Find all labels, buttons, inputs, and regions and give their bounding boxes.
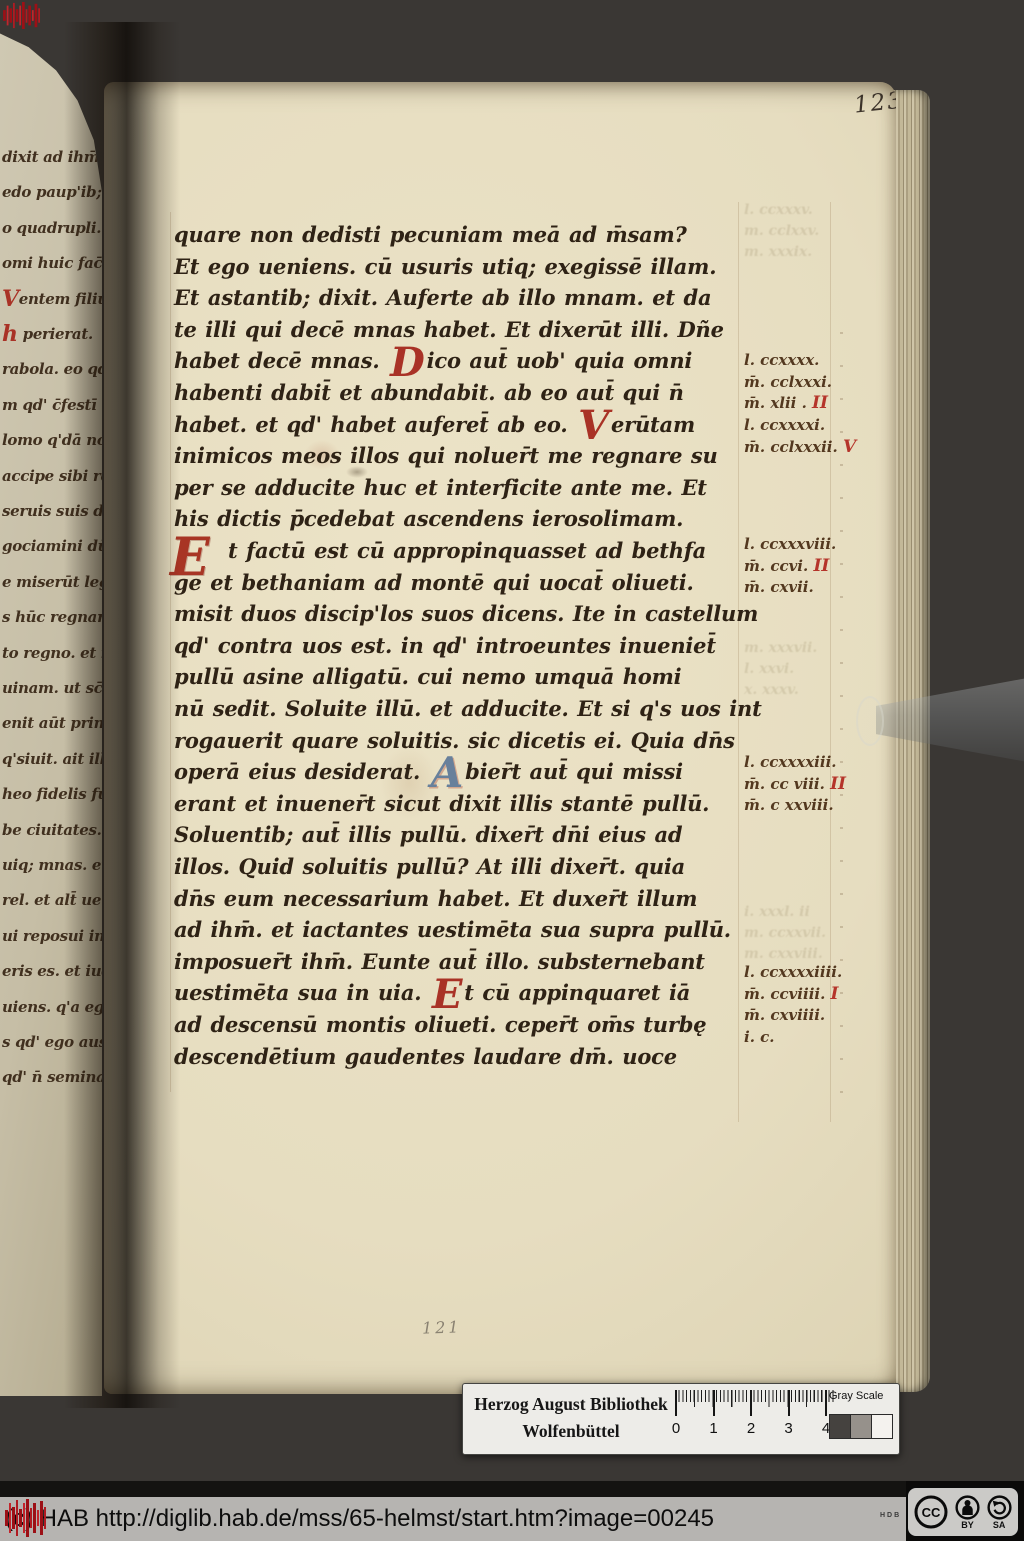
- ruler-tick-label: 3: [778, 1420, 800, 1437]
- text-segment: m̄. ccvi.: [744, 557, 813, 575]
- left-page-text-line: accipe sibi reḡ: [2, 467, 102, 485]
- text-segment: habet decē mnas.: [174, 348, 388, 373]
- share-alike-arrow-icon: [986, 1494, 1013, 1521]
- left-page-text-line: qd' n̄ seminaui: [2, 1068, 102, 1086]
- text-segment: uiens. q'a ego ho: [2, 998, 102, 1016]
- left-page-sliver: dixit ad ihm̄edo paup'ib;o quadrupli. ao…: [0, 28, 102, 1396]
- digitized-manuscript-scan: dixit ad ihm̄edo paup'ib;o quadrupli. ao…: [0, 0, 1024, 1541]
- canon-note-row: m̄. cclxxxii. V: [744, 437, 856, 459]
- left-page-text-line: rel. et alt̄ uenī: [2, 891, 102, 909]
- manuscript-text-line: misit duos discip'los suos dicens. Ite i…: [174, 601, 758, 626]
- left-page-text-line: Ventem filius: [2, 290, 102, 308]
- text-segment: Et astantib; dixit. Auferte ab illo mnam…: [174, 285, 711, 310]
- left-page-text-line: eris es. et iudico: [2, 962, 102, 980]
- text-segment: ico aut̄ uob' quia omni: [427, 348, 693, 373]
- text-segment: pullū asine alligatū. cui nemo umquā hom…: [174, 664, 681, 689]
- rubric-initial: V: [578, 402, 609, 449]
- library-name-line2: Wolfenbüttel: [469, 1418, 673, 1445]
- text-segment: l. ccxxxxiiii.: [744, 963, 842, 981]
- ruler-major-tick: [750, 1390, 752, 1416]
- left-page-text-line: dixit ad ihm̄: [2, 148, 99, 166]
- left-page-text-line: lomo q'dā nob': [2, 431, 102, 449]
- left-page-text-line: ui reposui insu: [2, 927, 102, 945]
- text-segment: m̄. cclxxxi.: [744, 373, 832, 391]
- text-segment: erūtam: [611, 412, 695, 437]
- text-segment: edo paup'ib;: [2, 183, 102, 201]
- text-segment: t factū est cū appropinquasset ad bethfa: [228, 538, 706, 563]
- left-page-text-line: e miserūt leḡo: [2, 573, 102, 591]
- canon-note-group: l. ccxxxxi.m̄. cclxxxii. V: [744, 415, 856, 458]
- text-segment: s qd' ego auster̄: [2, 1033, 102, 1051]
- rubric-initial: h: [2, 321, 18, 347]
- manuscript-text-line: operā eius desiderat. Abier̄t aut̄ qui m…: [174, 759, 683, 784]
- rubric-initial: II: [813, 556, 829, 576]
- cc-license-badge: CC BY SA: [906, 1486, 1020, 1538]
- text-segment: e miserūt leḡo: [2, 573, 102, 591]
- text-segment: eris es. et iudico: [2, 962, 102, 980]
- canon-note-row: m̄. xlii . II: [744, 393, 832, 415]
- text-segment: l. ccxxxx.: [744, 351, 819, 369]
- canon-note-row: m̄. cclxxxi.: [744, 372, 832, 394]
- text-segment: omi huic fac̄a: [2, 254, 102, 272]
- text-segment: accipe sibi reḡ: [2, 467, 102, 485]
- canon-note-row: m̄. cxviiii.: [744, 1005, 842, 1027]
- manuscript-text-line: nū sedit. Soluite illū. et adducite. Et …: [174, 696, 762, 721]
- canon-note-group: l. ccxxxviii.m̄. ccvi. IIm̄. cxvii.: [744, 534, 836, 599]
- text-segment: uestimēta sua in uia.: [174, 980, 430, 1005]
- footer-dark-band: [0, 1481, 1024, 1497]
- library-name: Herzog August Bibliothek Wolfenbüttel: [469, 1391, 673, 1445]
- manuscript-text-line: ad descensū montis oliueti. ceper̄t om̄s…: [174, 1012, 706, 1037]
- canon-note-row: l. ccxxxxiiii.: [744, 962, 842, 984]
- text-segment: l. ccxxxviii.: [744, 535, 836, 553]
- text-segment: m̄. ccviiii.: [744, 985, 831, 1003]
- left-page-text-line: o quadrupli. a: [2, 219, 102, 237]
- canon-note-row: m̄. ccviiii. I: [744, 984, 842, 1006]
- canon-note-row: l. ccxxxx.: [744, 350, 832, 372]
- left-page-text-line: h perierat.: [2, 325, 93, 343]
- text-segment: te illi qui decē mnas habet. Et dixerūt …: [174, 317, 724, 342]
- text-segment: uiq; mnas. et h̄c: [2, 856, 102, 874]
- svg-text:CC: CC: [922, 1505, 941, 1520]
- ruling-line: [170, 212, 171, 1092]
- manuscript-text-line: his dictis p̄cedebat ascendens ierosolim…: [174, 506, 683, 531]
- text-segment: Soluentib; aut̄ illis pullū. dixer̄t dn̄…: [174, 822, 682, 847]
- ghost-text-row: m. cclxxv.: [744, 221, 819, 242]
- text-segment: dn̄s eum necessarium habet. Et duxer̄t i…: [174, 886, 697, 911]
- manuscript-text-line: Et ego ueniens. cū usuris utiq; exegissē…: [174, 254, 716, 279]
- manuscript-text-line: dn̄s eum necessarium habet. Et duxer̄t i…: [174, 886, 697, 911]
- text-segment: seruis suis dec̄: [2, 502, 102, 520]
- text-segment: m̄. c xxviii.: [744, 796, 834, 814]
- ruler-tick-label: 1: [703, 1420, 725, 1437]
- manuscript-text-line: uestimēta sua in uia. Et cū appinquaret …: [174, 980, 690, 1005]
- gray-scale-swatches: [829, 1414, 892, 1439]
- manuscript-text-line: Soluentib; aut̄ illis pullū. dixer̄t dn̄…: [174, 822, 682, 847]
- text-segment: l. ccxxxxi.: [744, 416, 825, 434]
- text-segment: l. ccxxxxiii.: [744, 753, 837, 771]
- ghost-text-row: x. xxxv.: [744, 680, 817, 701]
- text-segment: i. c.: [744, 1028, 775, 1046]
- caption-strip: (c) HAB http://diglib.hab.de/mss/65-helm…: [0, 1497, 906, 1541]
- manuscript-text-line: qd' contra uos est. in qd' introeuntes i…: [174, 633, 716, 658]
- library-name-line1: Herzog August Bibliothek: [469, 1391, 673, 1418]
- copyright-url-text: (c) HAB http://diglib.hab.de/mss/65-helm…: [5, 1497, 714, 1541]
- text-segment: heo fidelis fuis̄: [2, 785, 102, 803]
- text-segment: ui reposui insu: [2, 927, 102, 945]
- text-segment: nū sedit. Soluite illū. et adducite. Et …: [174, 696, 762, 721]
- left-page-text-line: to regno. et iuss̄: [2, 644, 102, 662]
- ruler-mid-ticks: [675, 1390, 835, 1407]
- left-page-text-line: seruis suis dec̄: [2, 502, 102, 520]
- left-page-text-line: m qd' c̄festī: [2, 396, 97, 414]
- text-segment: descendētium gaudentes laudare dm̄. uoce: [174, 1044, 677, 1069]
- ghost-text-group: l. ccxxxv.m. cclxxv.m. xxxix.: [744, 200, 819, 263]
- cc-by: BY: [954, 1494, 981, 1530]
- left-page-text-line: gociamini dū: [2, 537, 102, 555]
- ghost-text-row: m. cxxviii.: [744, 944, 826, 965]
- text-segment: m̄. cclxxxii.: [744, 438, 843, 456]
- text-segment: operā eius desiderat.: [174, 759, 429, 784]
- ghost-text-row: m. xxxvii.: [744, 638, 817, 659]
- left-page-text-line: be ciuitates. et: [2, 821, 102, 839]
- manuscript-text-line: ge et bethaniam ad montē qui uocat̄ oliu…: [174, 570, 694, 595]
- ghost-text-row: l. xxvi.: [744, 659, 817, 680]
- gray-scale-patch: Gray Scale: [829, 1390, 895, 1402]
- ruler-major-tick: [788, 1390, 790, 1416]
- manuscript-text-line: erant et inuener̄t sicut dixit illis sta…: [174, 791, 709, 816]
- canon-note-group: l. ccxxxxiiii.m̄. ccviiii. Im̄. cxviiii.…: [744, 962, 842, 1048]
- manuscript-text-line: per se adducite huc et interficite ante …: [174, 475, 707, 500]
- canon-note-row: m̄. ccvi. II: [744, 556, 836, 578]
- canon-note-group: l. ccxxxx.m̄. cclxxxi.m̄. xlii . II: [744, 350, 832, 415]
- ghost-text-row: m. xxxix.: [744, 242, 819, 263]
- canon-note-row: l. ccxxxxi.: [744, 415, 856, 437]
- cc-sa: SA: [986, 1494, 1013, 1530]
- cc-logo: CC: [913, 1494, 949, 1530]
- pencil-folio-number: 121: [422, 1317, 462, 1337]
- left-page-text-line: s qd' ego auster̄: [2, 1033, 102, 1051]
- calibration-scale-bar: Herzog August Bibliothek Wolfenbüttel 01…: [462, 1383, 900, 1455]
- text-segment: ge et bethaniam ad montē qui uocat̄ oliu…: [174, 570, 694, 595]
- manuscript-text-line: illos. Quid soluitis pullū? At illi dixe…: [174, 854, 685, 879]
- text-segment: rel. et alt̄ uenī: [2, 891, 102, 909]
- text-segment: Et ego ueniens. cū usuris utiq; exegissē…: [174, 254, 716, 279]
- strip-side-label: HDB: [880, 1512, 901, 1519]
- text-segment: ad descensū montis oliueti. ceper̄t om̄s…: [174, 1012, 706, 1037]
- rubric-initial: A: [431, 748, 463, 797]
- text-segment: misit duos discip'los suos dicens. Ite i…: [174, 601, 758, 626]
- left-page-text-line: heo fidelis fuis̄: [2, 785, 102, 803]
- registration-mark-icon: [2, 2, 42, 29]
- text-segment: gociamini dū: [2, 537, 102, 555]
- text-segment: lomo q'dā nob': [2, 431, 102, 449]
- text-segment: qd' n̄ seminaui: [2, 1068, 102, 1086]
- text-segment: to regno. et iuss̄: [2, 644, 102, 662]
- text-segment: his dictis p̄cedebat ascendens ierosolim…: [174, 506, 683, 531]
- text-segment: o quadrupli. a: [2, 219, 102, 237]
- gray-scale-swatch: [829, 1414, 851, 1439]
- text-segment: enit aūt prim': [2, 714, 102, 732]
- manuscript-text-line: habet decē mnas. Dico aut̄ uob' quia omn…: [174, 348, 692, 373]
- gray-scale-label: Gray Scale: [829, 1390, 895, 1402]
- ruler-major-tick: [675, 1390, 677, 1416]
- text-segment: erant et inuener̄t sicut dixit illis sta…: [174, 791, 709, 816]
- text-segment: ad ihm̄. et iactantes uestimēta sua supr…: [174, 917, 731, 942]
- left-page-text-line: uinam. ut sc̄ret: [2, 679, 102, 697]
- text-segment: perierat.: [18, 325, 93, 343]
- text-segment: bier̄t aut̄ qui missi: [465, 759, 683, 784]
- rubric-initial: D: [390, 339, 425, 386]
- canon-note-row: l. ccxxxviii.: [744, 534, 836, 556]
- registration-mark-icon: [2, 1498, 50, 1538]
- text-segment: t cū appinquaret iā: [464, 980, 690, 1005]
- rubric-initial: II: [812, 393, 828, 413]
- text-segment: m̄. xlii .: [744, 394, 812, 412]
- manuscript-text-line: descendētium gaudentes laudare dm̄. uoce: [174, 1044, 677, 1069]
- text-segment: m̄. cc viii.: [744, 775, 830, 793]
- left-page-text-line: rabola. eo qd': [2, 360, 102, 378]
- rubric-initial: E: [432, 971, 462, 1018]
- text-segment: rabola. eo qd': [2, 360, 102, 378]
- manuscript-text-line: ad ihm̄. et iactantes uestimēta sua supr…: [174, 917, 731, 942]
- text-segment: entem filius: [19, 290, 102, 308]
- text-segment: s hūc regnare: [2, 608, 102, 626]
- left-page-text-line: uiq; mnas. et h̄c: [2, 856, 102, 874]
- text-segment: quare non dedisti pecuniam meā ad m̄sam?: [174, 222, 687, 247]
- cc-sa-label: SA: [993, 1521, 1006, 1530]
- attribution-person-icon: [954, 1494, 981, 1521]
- text-segment: m̄. cxviiii.: [744, 1006, 825, 1024]
- text-segment: illos. Quid soluitis pullū? At illi dixe…: [174, 854, 685, 879]
- canon-note-row: m̄. cc viii. II: [744, 774, 846, 796]
- text-segment: be ciuitates. et: [2, 821, 102, 839]
- manuscript-text-line: t factū est cū appropinquasset ad bethfa: [228, 538, 706, 563]
- left-page-text-line: uiens. q'a ego ho: [2, 998, 102, 1016]
- gray-scale-swatch: [850, 1414, 872, 1439]
- text-segment: m qd' c̄festī: [2, 396, 97, 414]
- manuscript-text-block: quare non dedisti pecuniam meā ad m̄sam?…: [174, 222, 780, 1102]
- cc-logo-icon: CC: [913, 1494, 949, 1530]
- page-holder-clip: [856, 696, 884, 746]
- canon-note-row: l. ccxxxxiii.: [744, 752, 846, 774]
- right-page: 123 quare non dedisti pecuniam meā ad m̄…: [104, 82, 896, 1394]
- cc-by-label: BY: [961, 1521, 974, 1530]
- rubric-initial: II: [830, 774, 846, 794]
- canon-note-row: m̄. cxvii.: [744, 577, 836, 599]
- rubric-initial: I: [831, 984, 839, 1004]
- ghost-text-row: m. ccxxvii.: [744, 923, 826, 944]
- text-segment: habet. et qd' habet auferet̄ ab eo.: [174, 412, 576, 437]
- manuscript-text-line: Et astantib; dixit. Auferte ab illo mnam…: [174, 285, 711, 310]
- cm-ruler: 01234: [675, 1390, 843, 1448]
- canon-note-group: l. ccxxxxiii.m̄. cc viii. IIm̄. c xxviii…: [744, 752, 846, 817]
- manuscript-text-line: pullū asine alligatū. cui nemo umquā hom…: [174, 664, 681, 689]
- ghost-text-group: m. xxxvii.l. xxvi.x. xxxv.: [744, 638, 817, 701]
- text-segment: qd' contra uos est. in qd' introeuntes i…: [174, 633, 716, 658]
- ruler-tick-label: 0: [665, 1420, 687, 1437]
- text-segment: q'siuit. ait illi: [2, 750, 102, 768]
- manuscript-text-line: inimicos meos illos qui noluer̄t me regn…: [174, 443, 718, 468]
- ghost-text-row: l. ccxxxv.: [744, 200, 819, 221]
- ghost-text-row: i. xxxl. ii: [744, 902, 826, 923]
- left-page-text-line: s hūc regnare: [2, 608, 102, 626]
- ruler-major-tick: [825, 1390, 827, 1416]
- left-page-text-line: q'siuit. ait illi: [2, 750, 102, 768]
- ruler-major-tick: [713, 1390, 715, 1416]
- canon-note-row: m̄. c xxviii.: [744, 795, 846, 817]
- canon-note-row: i. c.: [744, 1027, 842, 1049]
- ghost-text-group: i. xxxl. iim. ccxxvii.m. cxxviii.: [744, 902, 826, 965]
- text-segment: per se adducite huc et interficite ante …: [174, 475, 707, 500]
- left-page-text-line: edo paup'ib;: [2, 183, 102, 201]
- rubric-initial: V: [2, 286, 19, 312]
- gray-scale-swatch: [871, 1414, 893, 1439]
- manuscript-text-line: quare non dedisti pecuniam meā ad m̄sam?: [174, 222, 687, 247]
- manuscript-text-line: te illi qui decē mnas habet. Et dixerūt …: [174, 317, 724, 342]
- photo-background: dixit ad ihm̄edo paup'ib;o quadrupli. ao…: [0, 0, 1024, 1497]
- text-segment: uinam. ut sc̄ret: [2, 679, 102, 697]
- folio-number-ink: 123: [853, 87, 896, 118]
- text-segment: inimicos meos illos qui noluer̄t me regn…: [174, 443, 718, 468]
- rubric-initial: V: [843, 437, 856, 457]
- left-page-text-line: omi huic fac̄a: [2, 254, 102, 272]
- text-segment: dixit ad ihm̄: [2, 148, 99, 166]
- manuscript-text-line: habet. et qd' habet auferet̄ ab eo. Verū…: [174, 412, 695, 437]
- text-segment: m̄. cxvii.: [744, 578, 814, 596]
- ruler-tick-label: 2: [740, 1420, 762, 1437]
- left-page-text-line: enit aūt prim': [2, 714, 102, 732]
